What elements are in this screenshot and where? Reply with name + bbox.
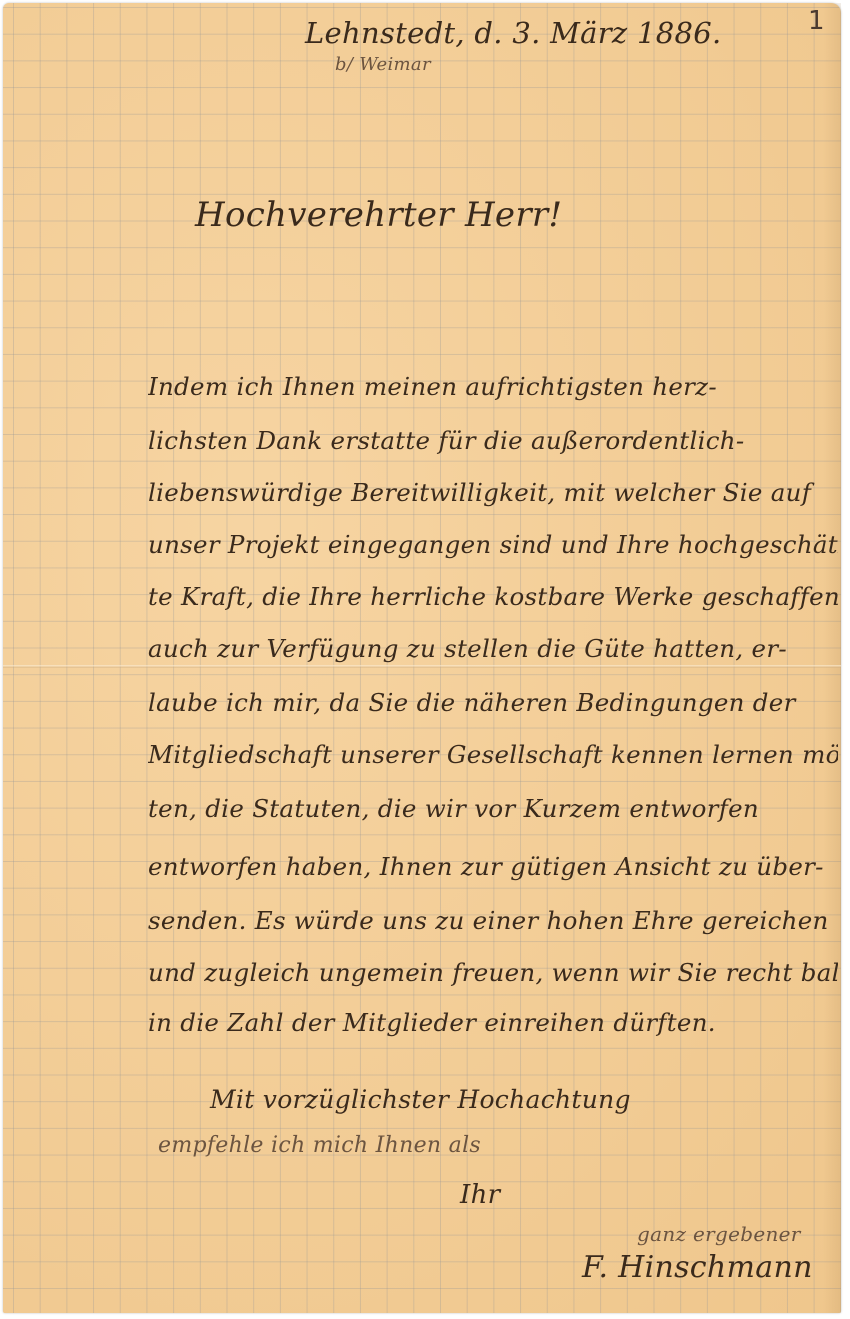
signature-name: F. Hinschmann	[582, 1250, 813, 1285]
place-subtitle: b/ Weimar	[335, 54, 431, 75]
body-line: in die Zahl der Mitglieder einreihen dür…	[148, 1008, 838, 1037]
body-line: unser Projekt eingegangen sind und Ihre …	[148, 530, 838, 559]
salutation: Hochverehrter Herr!	[195, 195, 562, 235]
body-line: Mitgliedschaft unserer Gesellschaft kenn…	[148, 740, 838, 769]
body-line: Indem ich Ihnen meinen aufrichtigsten he…	[148, 372, 838, 401]
page-number: 1	[808, 6, 825, 36]
body-line: und zugleich ungemein freuen, wenn wir S…	[148, 958, 838, 987]
body-line: entworfen haben, Ihnen zur gütigen Ansic…	[148, 852, 838, 881]
body-line: ten, die Statuten, die wir vor Kurzem en…	[148, 794, 838, 823]
fold-crease	[3, 665, 841, 668]
body-line: auch zur Verfügung zu stellen die Güte h…	[148, 634, 838, 663]
closing-line-2: empfehle ich mich Ihnen als	[158, 1133, 481, 1158]
body-line: liebenswürdige Bereitwilligkeit, mit wel…	[148, 478, 838, 507]
closing-line-3: Ihr	[460, 1180, 500, 1210]
signature-valediction: ganz ergebener	[637, 1222, 801, 1246]
closing-line-1: Mit vorzüglichster Hochachtung	[210, 1085, 631, 1114]
place-date: Lehnstedt, d. 3. März 1886.	[305, 16, 721, 50]
body-line: te Kraft, die Ihre herrliche kostbare We…	[148, 582, 838, 611]
body-line: senden. Es würde uns zu einer hohen Ehre…	[148, 906, 838, 935]
body-line: laube ich mir, da Sie die näheren Beding…	[148, 688, 838, 717]
body-line: lichsten Dank erstatte für die außerorde…	[148, 426, 838, 455]
